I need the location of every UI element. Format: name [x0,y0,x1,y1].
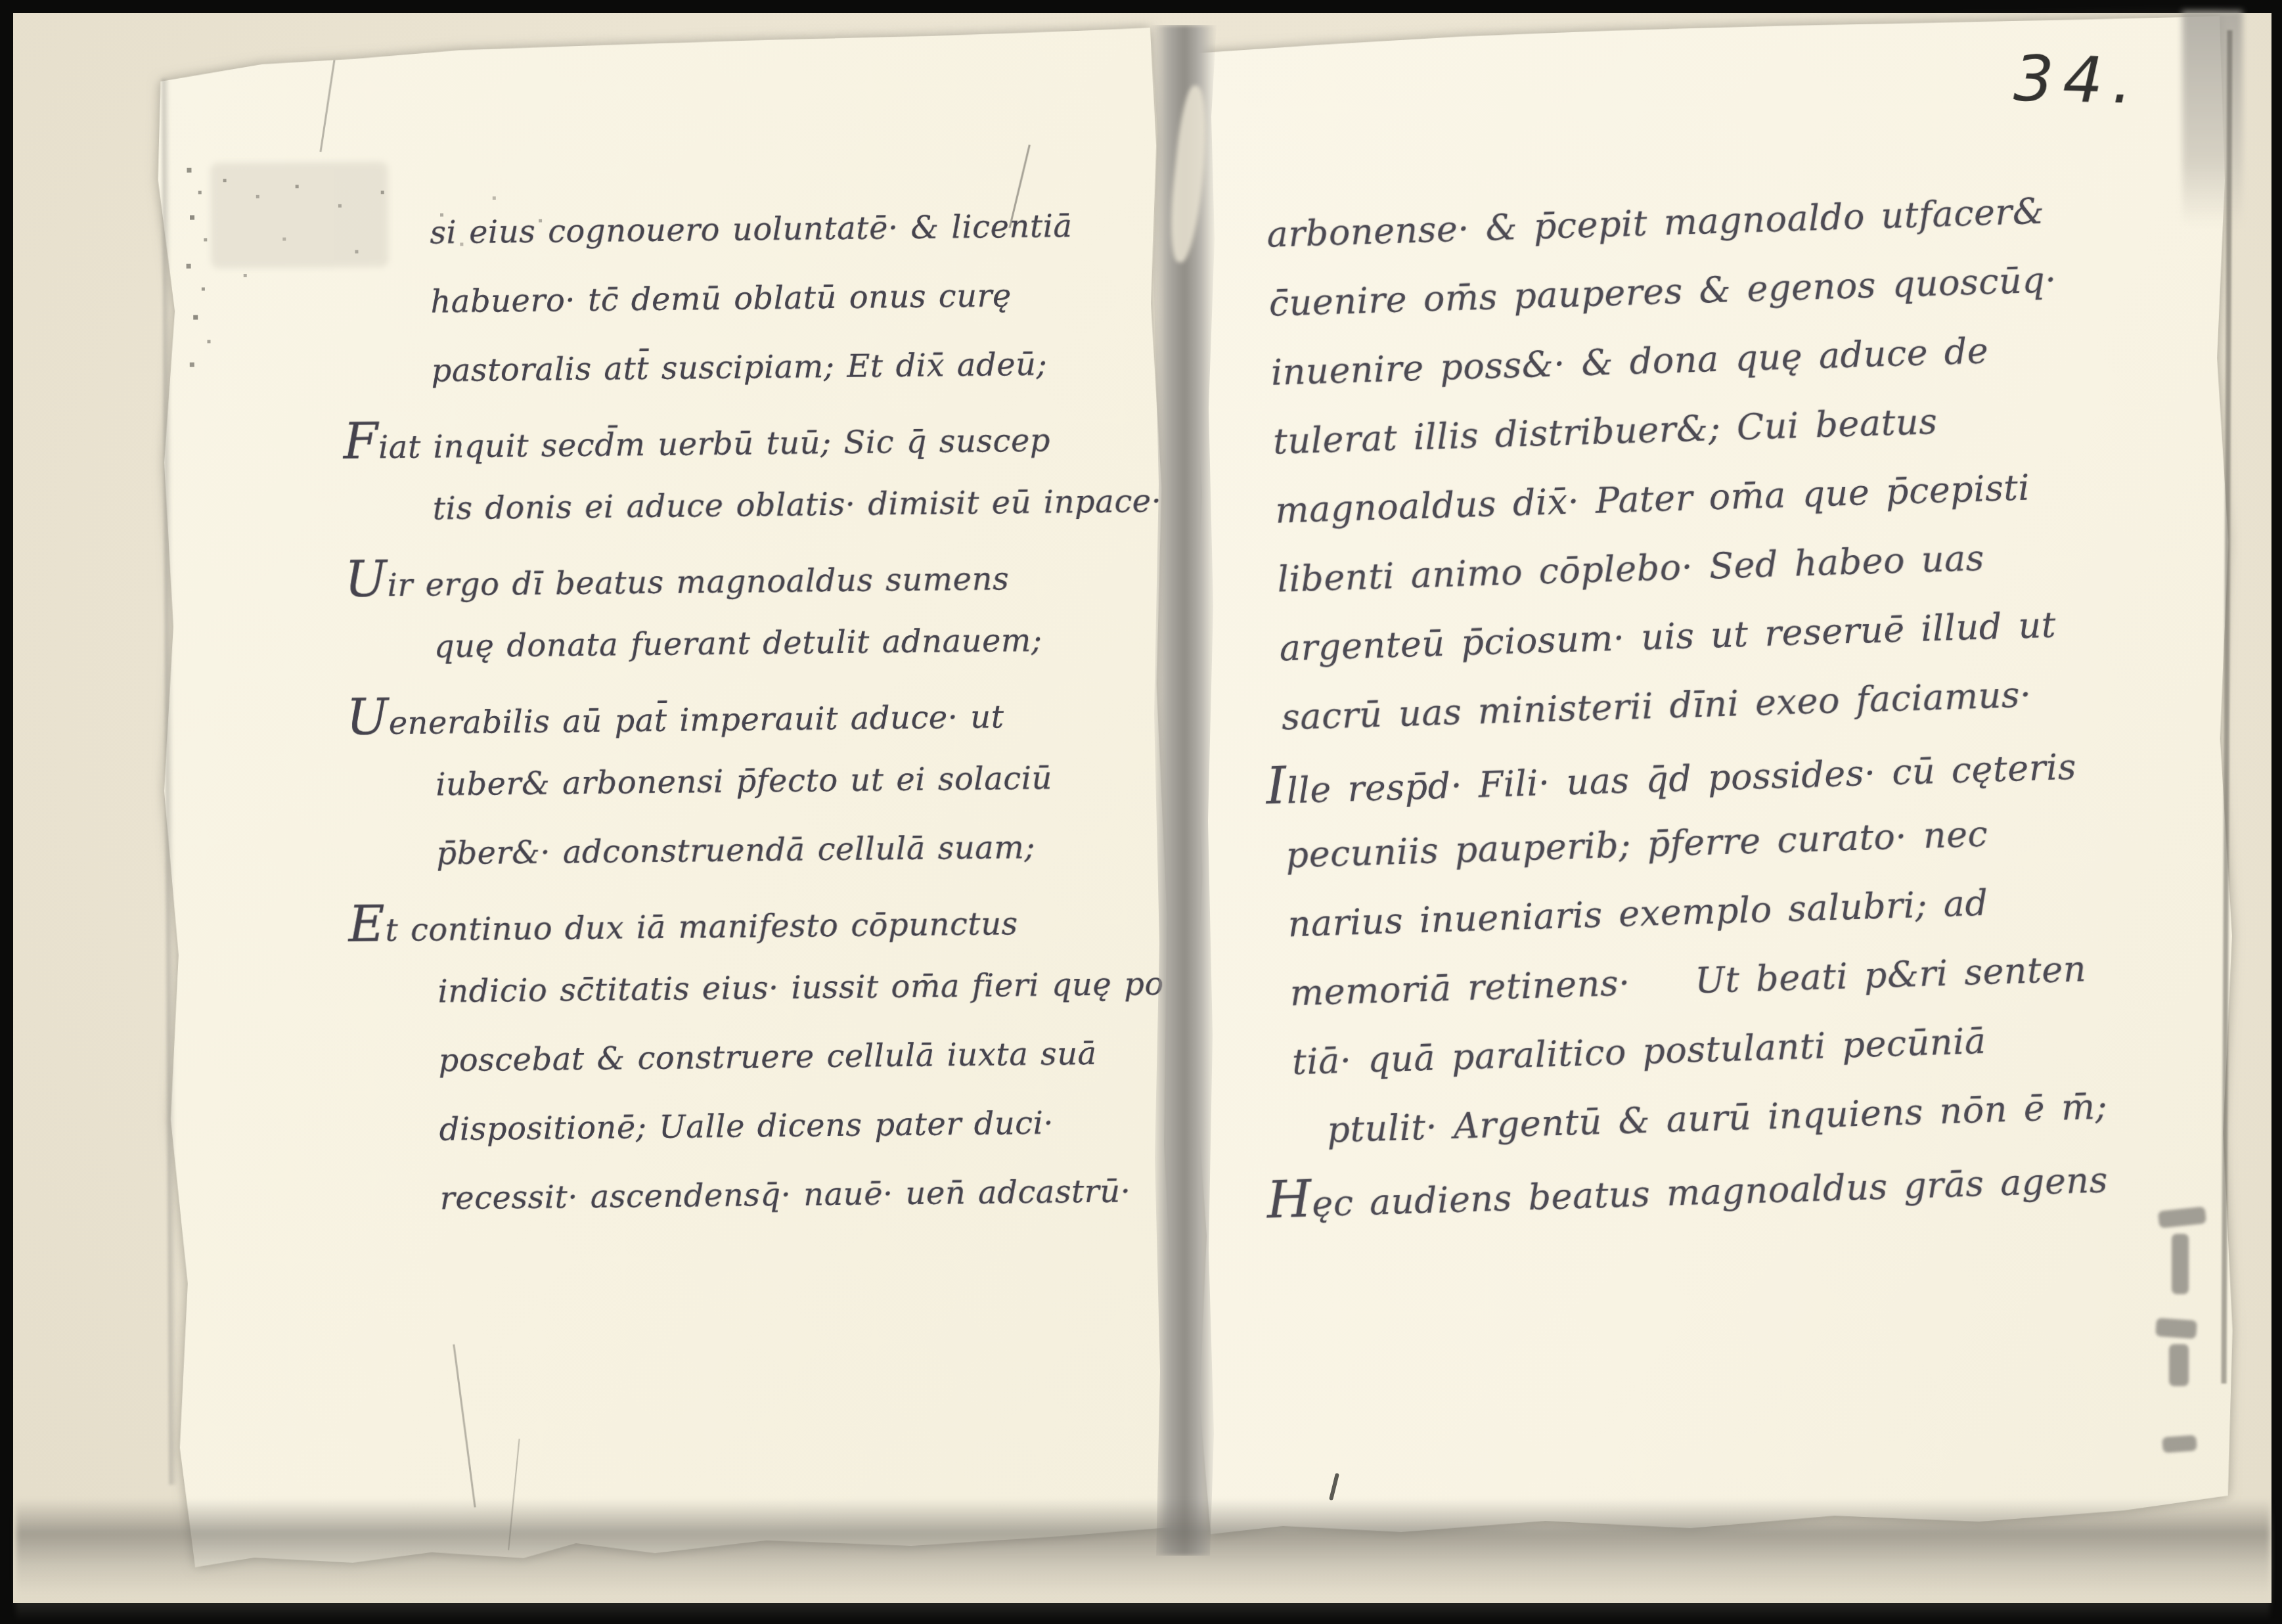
text-line: Et continuo dux iā manifesto cōpunctus [348,881,1167,959]
text-line: recessit· ascendensq̄· nauē· uen̄ adcast… [439,1157,1169,1234]
text-line: tis donis ei aduce oblatis· dimisit eū i… [432,467,1162,544]
page-number: 34. [2013,41,2142,118]
scan-edge-streak [2182,11,2243,227]
text-line: indicio sc̄titatis eius· iussit om̄a fie… [437,950,1167,1027]
text-line: si eius cognouero uoluntatē· & licentiā [430,191,1159,268]
right-page-text: arbonense· & p̄cepit magnoaldo utfacer& … [1236,175,2111,1235]
paper-crack [453,1344,476,1507]
manuscript-scan: si eius cognouero uoluntatē· & licentiā … [0,0,2282,1624]
left-page: si eius cognouero uoluntatē· & licentiā … [144,28,1184,1569]
text-line: habuero· tc̄ demū oblatū onus curę [430,260,1160,337]
dirt-speckles [184,160,186,162]
right-page: 34. arbonense· & p̄cepit magnoaldo utfac… [1184,16,2238,1555]
paper-damage-blotch [2162,1435,2197,1453]
text-line: pastoralis att̄ suscipiam; Et dix̄ adeū; [431,329,1161,406]
paper-damage-blotch [2172,1234,2189,1294]
paper-crack [508,1439,520,1550]
text-line: Fiat inquit secd̄m uerbū tuū; Sic q̄ sus… [343,398,1161,476]
left-page-paper: si eius cognouero uoluntatē· & licentiā … [144,28,1184,1569]
paper-crack [320,55,336,152]
text-line: Uenerabilis aū pat̄ imperauit aduce· ut [346,674,1165,752]
left-page-text: si eius cognouero uoluntatē· & licentiā … [341,191,1169,1234]
text-line: iuber& arbonensi p̄fecto ut ei solaciū [436,743,1165,820]
paper-damage-blotch [2155,1318,2197,1339]
text-line: quę donata fuerant detulit adnauem; [434,605,1163,682]
text-line: p̄ber&· adconstruendā cellulā suam; [436,812,1166,889]
paper-damage-blotch [2169,1344,2189,1386]
text-line: Uir ergo dī beatus magnoaldus sumens [344,536,1163,614]
text-line: poscebat & construere cellulā iuxta suā [438,1019,1168,1096]
text-line: dispositionē; Ualle dicens pater duci· [439,1088,1169,1165]
right-page-paper: 34. arbonense· & p̄cepit magnoaldo utfac… [1184,16,2238,1555]
